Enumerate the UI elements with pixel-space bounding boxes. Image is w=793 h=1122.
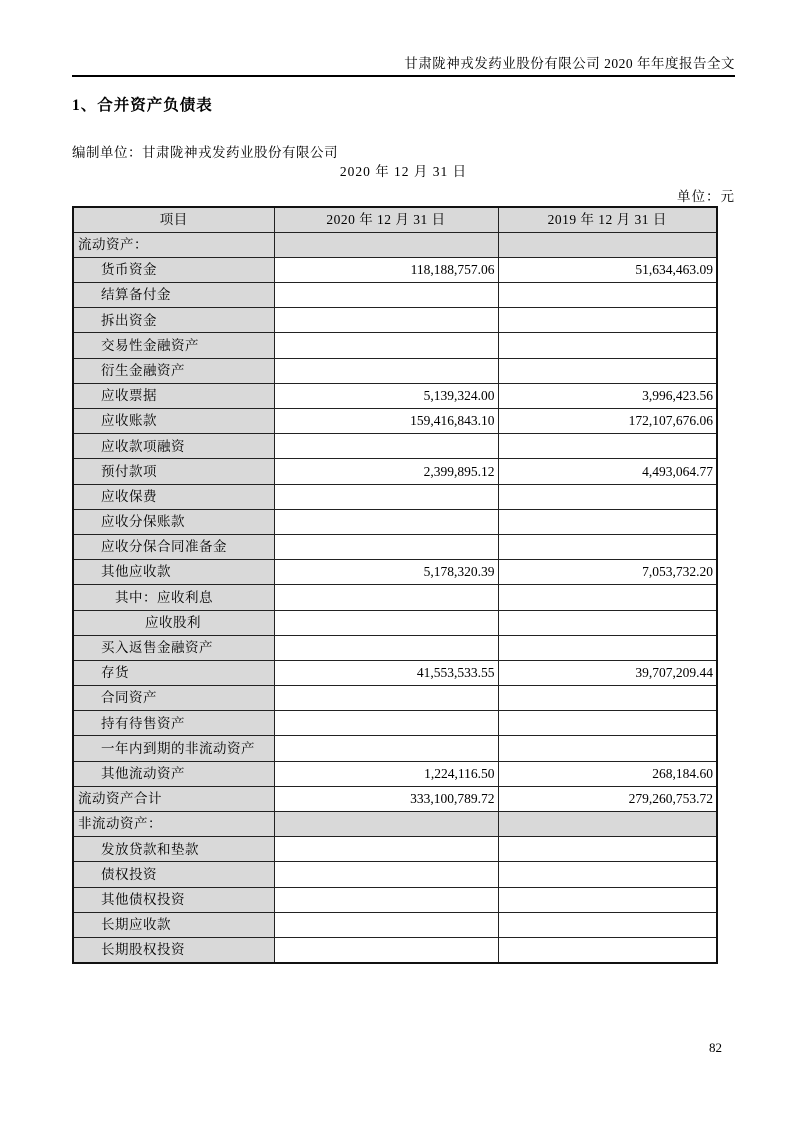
- row-label-cell: 流动资产合计: [73, 786, 274, 811]
- value-2019-cell: [498, 736, 717, 761]
- balance-sheet-table: 项目 2020 年 12 月 31 日 2019 年 12 月 31 日 流动资…: [72, 206, 718, 964]
- value-2019-cell: [498, 333, 717, 358]
- table-row: 应收票据5,139,324.003,996,423.56: [73, 383, 717, 408]
- value-2020-cell: 2,399,895.12: [274, 459, 498, 484]
- table-row: 其他应收款5,178,320.397,053,732.20: [73, 560, 717, 585]
- value-2020-cell: [274, 736, 498, 761]
- value-2020-cell: [274, 887, 498, 912]
- page-number: 82: [709, 1040, 722, 1056]
- table-row: 买入返售金融资产: [73, 635, 717, 660]
- unit-label: 单位：元: [72, 185, 735, 205]
- balance-sheet-body: 流动资产：货币资金118,188,757.0651,634,463.09结算备付…: [73, 232, 717, 962]
- row-label-cell: 应收保费: [73, 484, 274, 509]
- table-row: 发放贷款和垫款: [73, 837, 717, 862]
- value-2020-cell: 5,178,320.39: [274, 560, 498, 585]
- row-label-cell: 买入返售金融资产: [73, 635, 274, 660]
- value-2020-cell: [274, 333, 498, 358]
- value-2020-cell: [274, 509, 498, 534]
- value-2020-cell: [274, 434, 498, 459]
- value-2019-cell: [498, 283, 717, 308]
- value-2019-cell: 39,707,209.44: [498, 660, 717, 685]
- table-row: 债权投资: [73, 862, 717, 887]
- value-2019-cell: [498, 837, 717, 862]
- row-label-cell: 其他流动资产: [73, 761, 274, 786]
- value-2019-cell: 7,053,732.20: [498, 560, 717, 585]
- table-row: 预付款项2,399,895.124,493,064.77: [73, 459, 717, 484]
- value-2020-cell: 333,100,789.72: [274, 786, 498, 811]
- value-2019-cell: [498, 686, 717, 711]
- table-row: 应收股利: [73, 610, 717, 635]
- row-label-cell: 应收分保账款: [73, 509, 274, 534]
- statement-date: 2020 年 12 月 31 日: [72, 160, 735, 180]
- value-2019-cell: [498, 610, 717, 635]
- row-label-cell: 应收款项融资: [73, 434, 274, 459]
- value-2019-cell: [498, 484, 717, 509]
- section-row: 非流动资产：: [73, 812, 717, 837]
- value-2020-cell: 118,188,757.06: [274, 257, 498, 282]
- value-2019-cell: [498, 534, 717, 559]
- value-2020-cell: [274, 912, 498, 937]
- value-2019-cell: [498, 812, 717, 837]
- value-2019-cell: [498, 509, 717, 534]
- value-2020-cell: [274, 610, 498, 635]
- table-row: 应收款项融资: [73, 434, 717, 459]
- value-2020-cell: [274, 711, 498, 736]
- table-row: 长期股权投资: [73, 937, 717, 962]
- section-title: 1、合并资产负债表: [72, 93, 213, 115]
- column-header-2019: 2019 年 12 月 31 日: [498, 207, 717, 232]
- value-2019-cell: 268,184.60: [498, 761, 717, 786]
- value-2020-cell: [274, 585, 498, 610]
- report-page: 甘肃陇神戎发药业股份有限公司 2020 年年度报告全文 1、合并资产负债表 编制…: [0, 0, 793, 1122]
- value-2020-cell: 159,416,843.10: [274, 409, 498, 434]
- row-label-cell: 应收股利: [73, 610, 274, 635]
- row-label-cell: 应收账款: [73, 409, 274, 434]
- value-2020-cell: [274, 358, 498, 383]
- table-row: 其他债权投资: [73, 887, 717, 912]
- value-2020-cell: [274, 686, 498, 711]
- table-row: 衍生金融资产: [73, 358, 717, 383]
- value-2019-cell: [498, 937, 717, 962]
- value-2020-cell: [274, 283, 498, 308]
- table-row: 其中：应收利息: [73, 585, 717, 610]
- row-label-cell: 预付款项: [73, 459, 274, 484]
- value-2019-cell: [498, 887, 717, 912]
- value-2019-cell: [498, 434, 717, 459]
- table-row: 货币资金118,188,757.0651,634,463.09: [73, 257, 717, 282]
- row-label-cell: 交易性金融资产: [73, 333, 274, 358]
- table-row: 结算备付金: [73, 283, 717, 308]
- section-row: 流动资产：: [73, 232, 717, 257]
- row-label-cell: 应收票据: [73, 383, 274, 408]
- row-label-cell: 拆出资金: [73, 308, 274, 333]
- table-row: 一年内到期的非流动资产: [73, 736, 717, 761]
- value-2019-cell: [498, 308, 717, 333]
- row-label-cell: 一年内到期的非流动资产: [73, 736, 274, 761]
- header-divider: [72, 75, 735, 77]
- row-label-cell: 存货: [73, 660, 274, 685]
- table-row: 合同资产: [73, 686, 717, 711]
- value-2020-cell: [274, 812, 498, 837]
- value-2019-cell: 51,634,463.09: [498, 257, 717, 282]
- row-label-cell: 合同资产: [73, 686, 274, 711]
- table-row: 其他流动资产1,224,116.50268,184.60: [73, 761, 717, 786]
- value-2019-cell: 172,107,676.06: [498, 409, 717, 434]
- report-header-title: 甘肃陇神戎发药业股份有限公司 2020 年年度报告全文: [72, 52, 735, 72]
- row-label-cell: 其中：应收利息: [73, 585, 274, 610]
- row-label-cell: 应收分保合同准备金: [73, 534, 274, 559]
- row-label-cell: 长期股权投资: [73, 937, 274, 962]
- value-2020-cell: [274, 232, 498, 257]
- row-label-cell: 长期应收款: [73, 912, 274, 937]
- table-row: 交易性金融资产: [73, 333, 717, 358]
- table-row: 应收账款159,416,843.10172,107,676.06: [73, 409, 717, 434]
- value-2019-cell: 4,493,064.77: [498, 459, 717, 484]
- value-2019-cell: [498, 232, 717, 257]
- row-label-cell: 结算备付金: [73, 283, 274, 308]
- row-label-cell: 衍生金融资产: [73, 358, 274, 383]
- value-2020-cell: [274, 862, 498, 887]
- value-2019-cell: 279,260,753.72: [498, 786, 717, 811]
- row-label-cell: 其他应收款: [73, 560, 274, 585]
- value-2019-cell: [498, 585, 717, 610]
- value-2020-cell: 1,224,116.50: [274, 761, 498, 786]
- value-2019-cell: [498, 912, 717, 937]
- column-header-2020: 2020 年 12 月 31 日: [274, 207, 498, 232]
- value-2019-cell: [498, 358, 717, 383]
- table-row: 拆出资金: [73, 308, 717, 333]
- table-row: 持有待售资产: [73, 711, 717, 736]
- row-label-cell: 货币资金: [73, 257, 274, 282]
- value-2020-cell: [274, 837, 498, 862]
- row-label-cell: 其他债权投资: [73, 887, 274, 912]
- row-label-cell: 流动资产：: [73, 232, 274, 257]
- value-2019-cell: [498, 635, 717, 660]
- value-2020-cell: [274, 937, 498, 962]
- value-2020-cell: [274, 635, 498, 660]
- row-label-cell: 发放贷款和垫款: [73, 837, 274, 862]
- value-2020-cell: [274, 308, 498, 333]
- value-2020-cell: [274, 484, 498, 509]
- table-header-row: 项目 2020 年 12 月 31 日 2019 年 12 月 31 日: [73, 207, 717, 232]
- value-2019-cell: [498, 862, 717, 887]
- table-row: 应收分保账款: [73, 509, 717, 534]
- table-row: 存货41,553,533.5539,707,209.44: [73, 660, 717, 685]
- table-row: 长期应收款: [73, 912, 717, 937]
- value-2020-cell: 5,139,324.00: [274, 383, 498, 408]
- row-label-cell: 非流动资产：: [73, 812, 274, 837]
- table-row: 应收保费: [73, 484, 717, 509]
- value-2020-cell: [274, 534, 498, 559]
- table-row: 应收分保合同准备金: [73, 534, 717, 559]
- table-row: 流动资产合计333,100,789.72279,260,753.72: [73, 786, 717, 811]
- column-header-item: 项目: [73, 207, 274, 232]
- prepared-by-line: 编制单位：甘肃陇神戎发药业股份有限公司: [72, 141, 338, 161]
- value-2019-cell: 3,996,423.56: [498, 383, 717, 408]
- row-label-cell: 持有待售资产: [73, 711, 274, 736]
- value-2020-cell: 41,553,533.55: [274, 660, 498, 685]
- row-label-cell: 债权投资: [73, 862, 274, 887]
- value-2019-cell: [498, 711, 717, 736]
